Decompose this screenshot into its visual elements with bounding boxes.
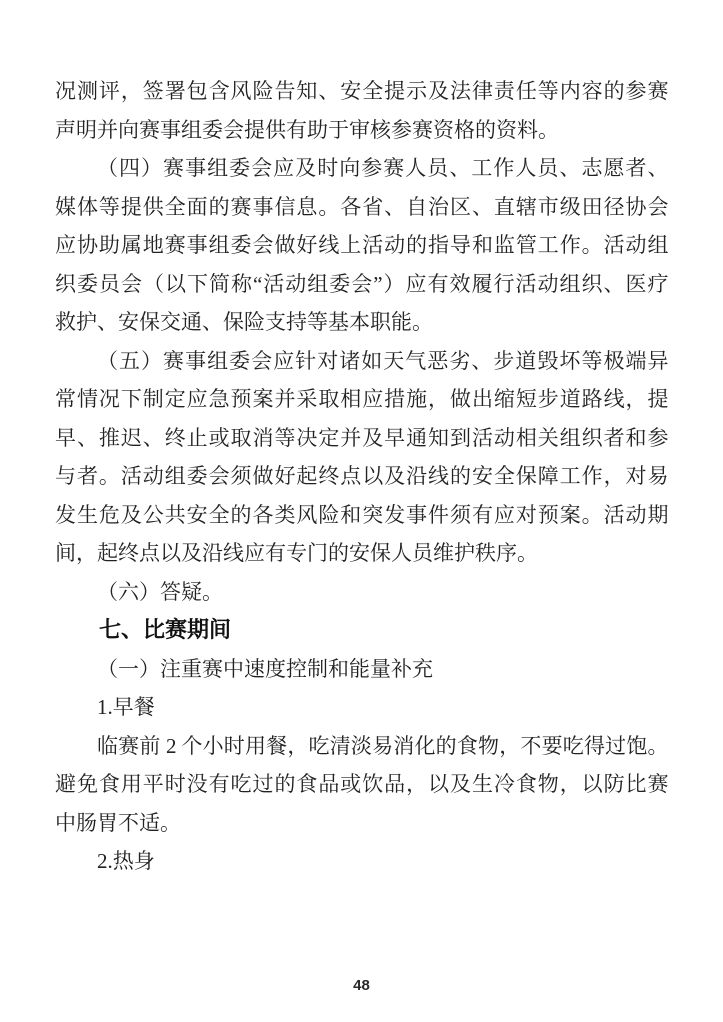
text-line: 应协助属地赛事组委会做好线上活动的指导和监管工作。活动组	[55, 226, 668, 265]
text-line: 2.热身	[55, 842, 668, 881]
text-line: 与者。活动组委会须做好起终点以及沿线的安全保障工作，对易	[55, 457, 668, 496]
text-line: 中肠胃不适。	[55, 804, 668, 843]
text-line: 况测评，签署包含风险告知、安全提示及法律责任等内容的参赛	[55, 72, 668, 111]
text-line: 织委员会（以下简称“活动组委会”）应有效履行活动组织、医疗	[55, 265, 668, 304]
text-line: （四）赛事组委会应及时向参赛人员、工作人员、志愿者、	[55, 149, 668, 188]
text-line: 临赛前 2 个小时用餐，吃清淡易消化的食物，不要吃得过饱。	[55, 727, 668, 766]
text-line: 1.早餐	[55, 688, 668, 727]
text-line: 常情况下制定应急预案并采取相应措施，做出缩短步道路线，提	[55, 380, 668, 419]
text-line: 声明并向赛事组委会提供有助于审核参赛资格的资料。	[55, 111, 668, 150]
text-line: 避免食用平时没有吃过的食品或饮品，以及生冷食物，以防比赛	[55, 765, 668, 804]
text-line: 媒体等提供全面的赛事信息。各省、自治区、直辖市级田径协会	[55, 188, 668, 227]
section-heading: 七、比赛期间	[55, 611, 668, 650]
text-line: （五）赛事组委会应针对诸如天气恶劣、步道毁坏等极端异	[55, 342, 668, 381]
text-line: 救护、安保交通、保险支持等基本职能。	[55, 303, 668, 342]
document-body: 况测评，签署包含风险告知、安全提示及法律责任等内容的参赛 声明并向赛事组委会提供…	[55, 72, 668, 881]
document-page: 况测评，签署包含风险告知、安全提示及法律责任等内容的参赛 声明并向赛事组委会提供…	[0, 0, 723, 1022]
text-line: 间，起终点以及沿线应有专门的安保人员维护秩序。	[55, 534, 668, 573]
text-line: （一）注重赛中速度控制和能量补充	[55, 650, 668, 689]
page-number: 48	[0, 977, 723, 994]
text-line: 早、推迟、终止或取消等决定并及早通知到活动相关组织者和参	[55, 419, 668, 458]
text-line: 发生危及公共安全的各类风险和突发事件须有应对预案。活动期	[55, 496, 668, 535]
text-line: （六）答疑。	[55, 573, 668, 612]
